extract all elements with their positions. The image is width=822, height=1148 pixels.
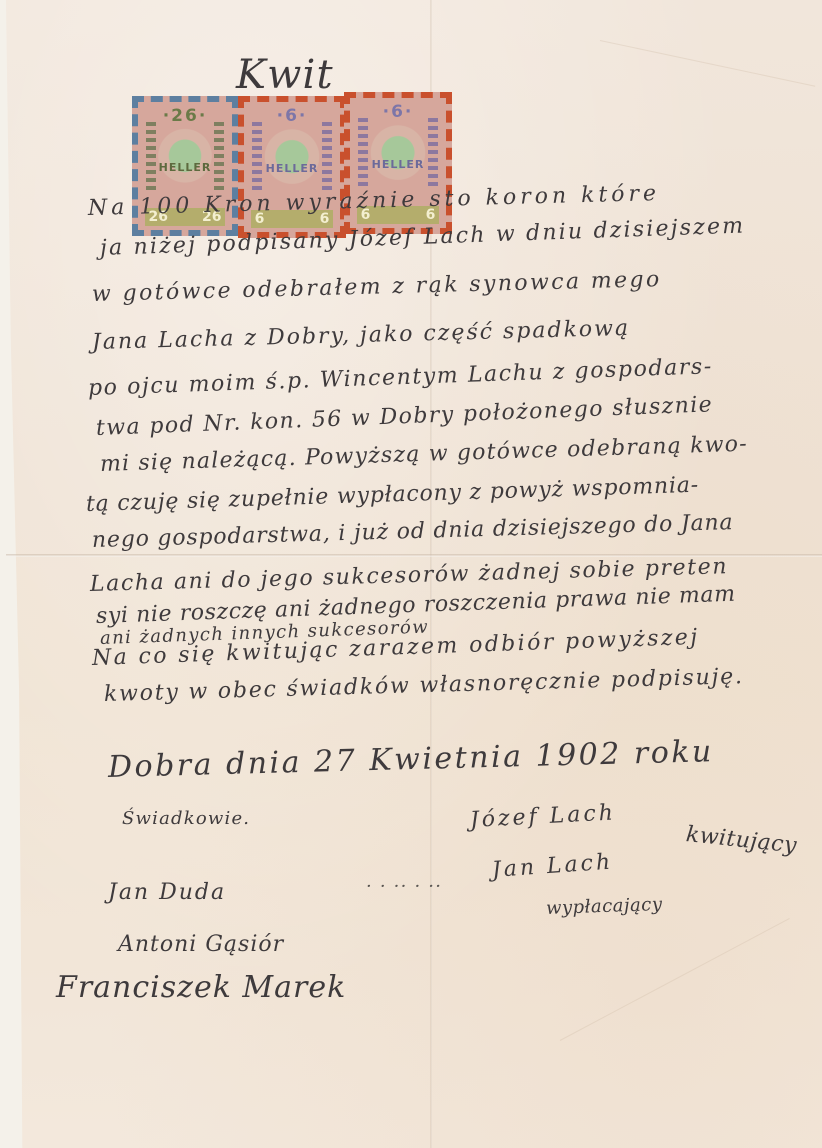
- witness-name: Franciszek Marek: [56, 970, 346, 1005]
- witness-name: Antoni Gąsiór: [118, 932, 284, 957]
- stamp-unit: HELLER: [372, 158, 425, 171]
- stamp-value-top: ·6·: [383, 102, 414, 122]
- witness-name: Jan Duda: [108, 880, 226, 905]
- stamp-ornament: [252, 122, 262, 192]
- stamp-ornament: [146, 122, 156, 192]
- signatory-role: wypłacający: [546, 894, 663, 919]
- stamp-ornament: [214, 122, 224, 192]
- revenue-stamp-6-heller: ·6· HELLER 6 6: [238, 96, 346, 238]
- stamp-value-top: ·26·: [163, 106, 208, 126]
- stamp-ornament: [358, 118, 368, 188]
- stamp-unit: HELLER: [159, 161, 212, 174]
- stamp-value-top: ·6·: [277, 106, 308, 126]
- witnesses-label: Świadkowie.: [122, 808, 250, 829]
- stamp-ornament: [428, 118, 438, 188]
- stamp-unit: HELLER: [266, 162, 319, 175]
- witness-dots: · · ·· · ··: [366, 876, 442, 897]
- stamp-ornament: [322, 122, 332, 192]
- document-title: Kwit: [236, 52, 334, 98]
